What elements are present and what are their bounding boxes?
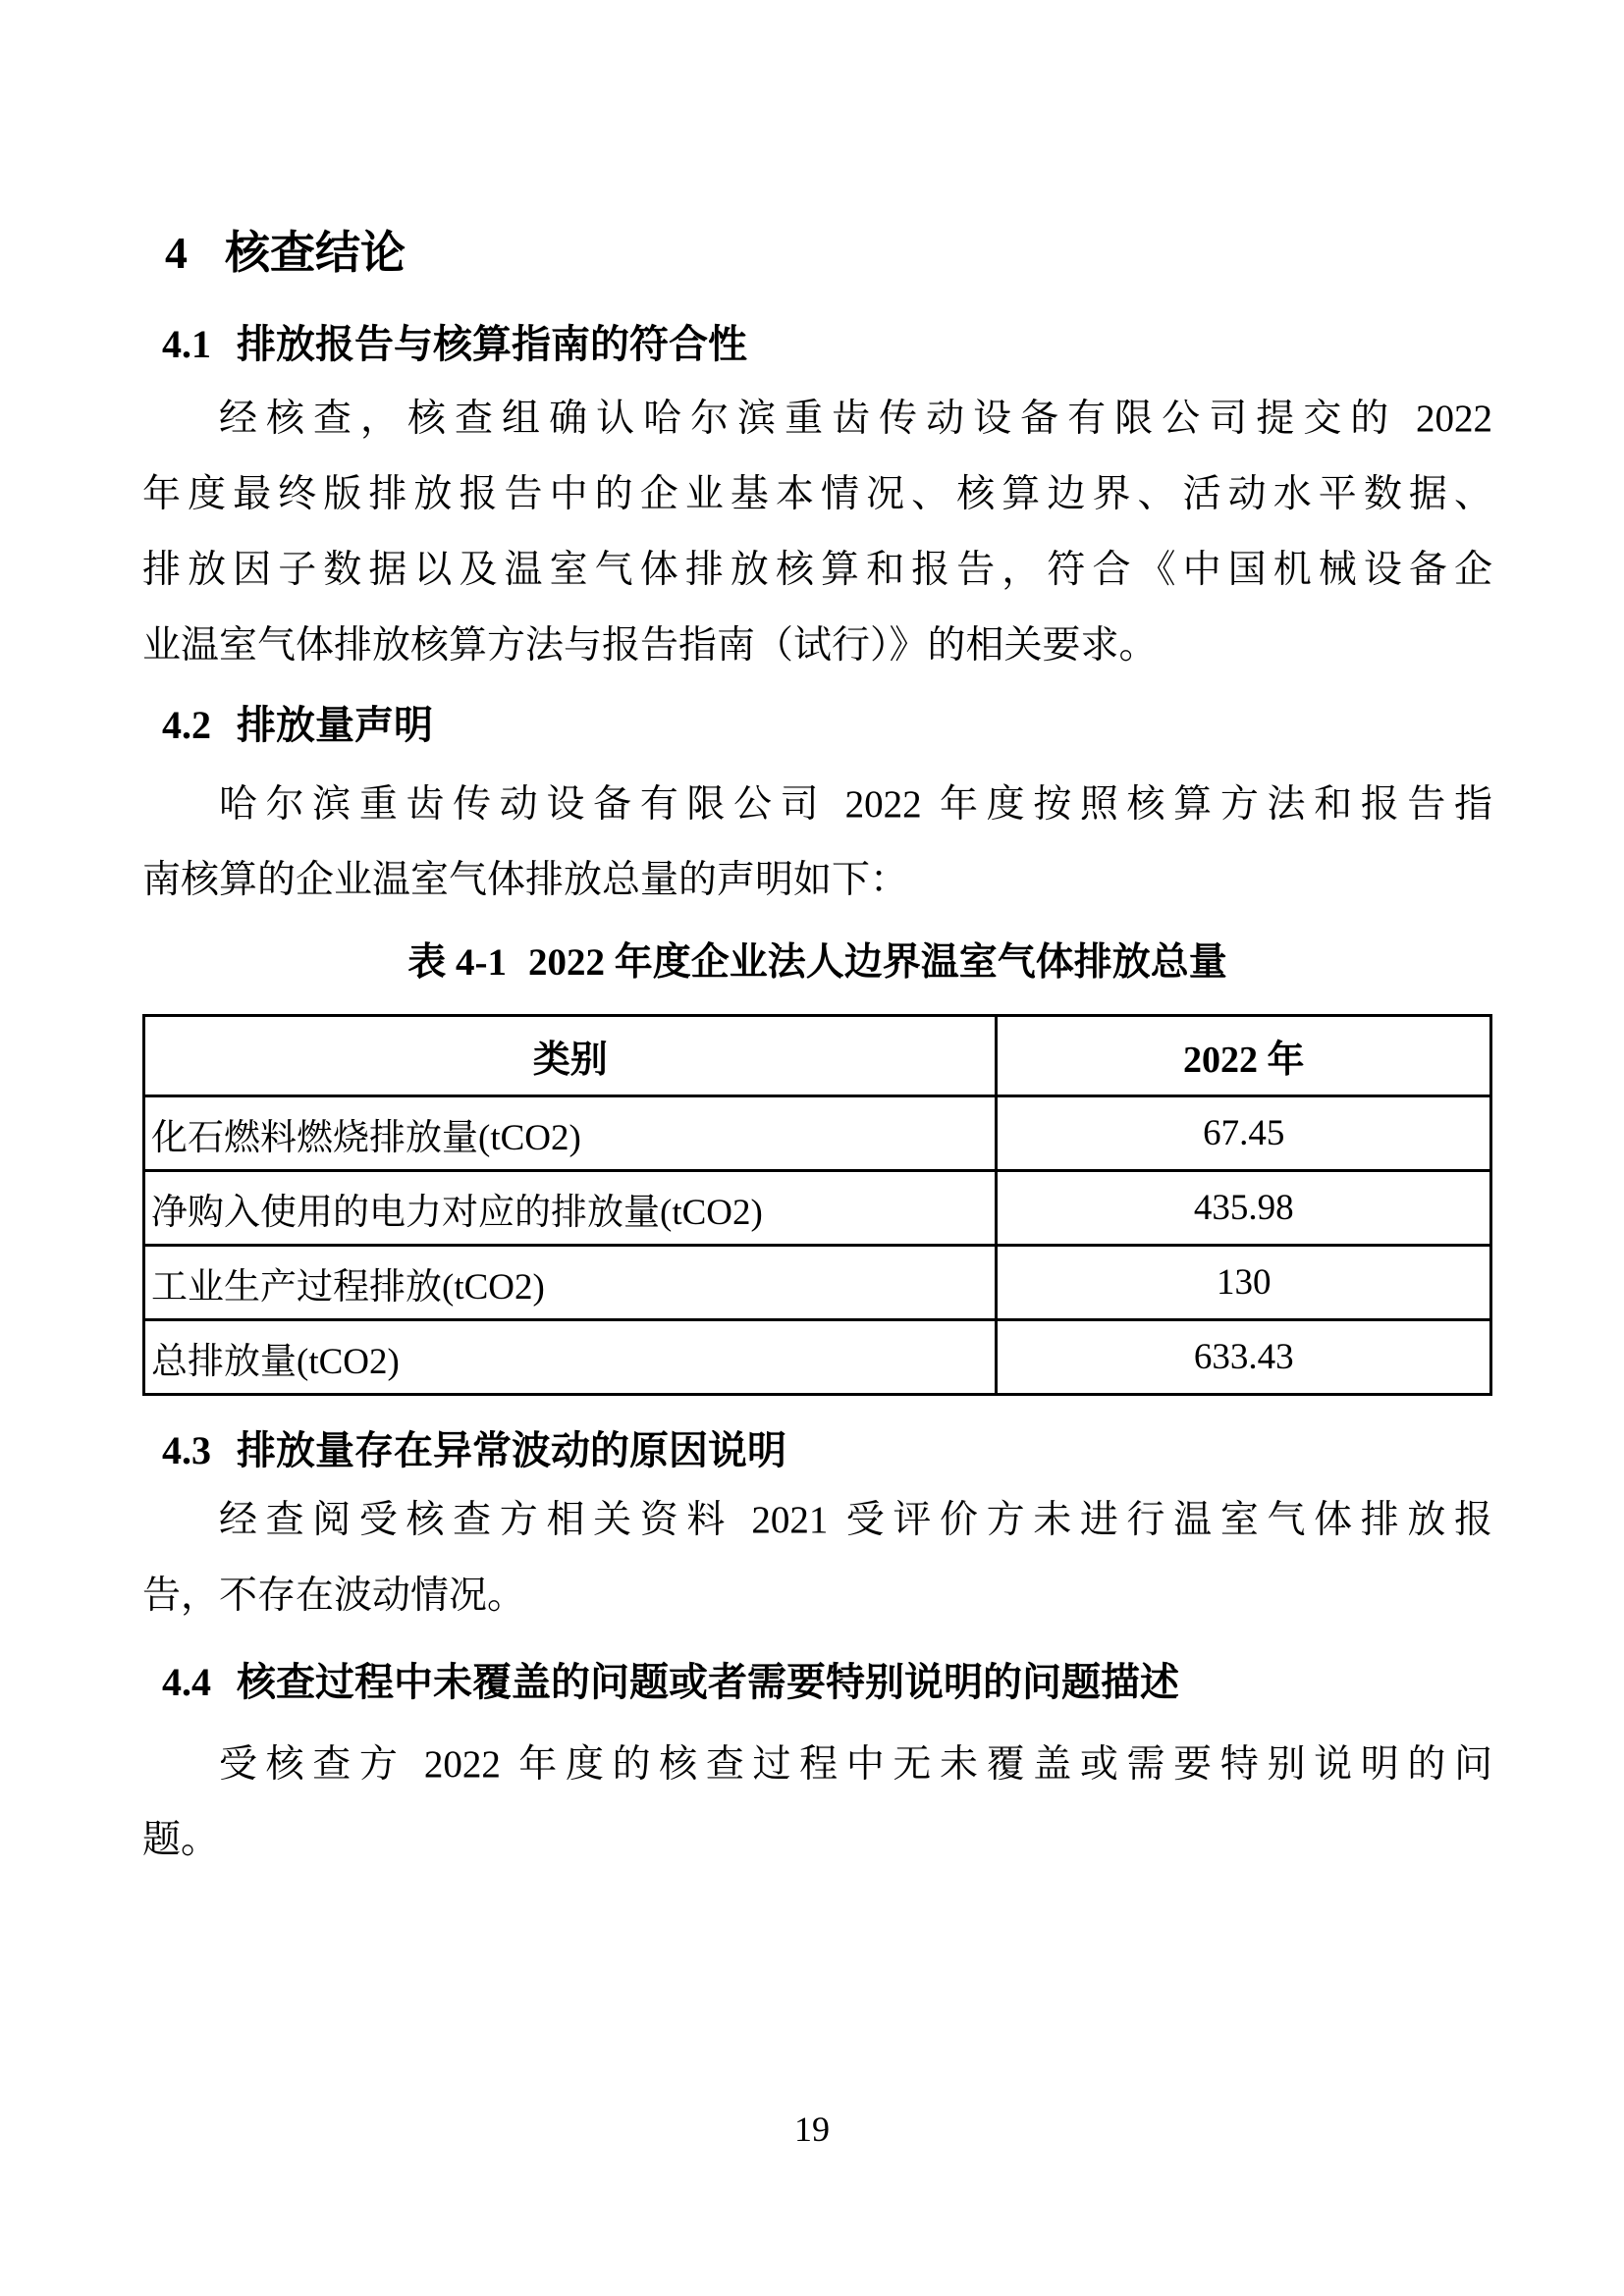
paragraph-4-1: 经核查，核查组确认哈尔滨重齿传动设备有限公司提交的 2022 年度最终版排放报告…	[142, 381, 1492, 683]
table-row: 总排放量(tCO2) 633.43	[144, 1320, 1491, 1395]
paragraph-line: 经查阅受核查方相关资料 2021 受评价方未进行温室气体排放报	[142, 1482, 1492, 1558]
table-caption: 表 4-12022 年度企业法人边界温室气体排放总量	[142, 935, 1492, 989]
section-number: 4.2	[162, 703, 211, 747]
value-cell: 435.98	[997, 1171, 1491, 1246]
paragraph-4-4: 受核查方 2022 年度的核查过程中无未覆盖或需要特别说明的问 题。	[142, 1727, 1492, 1878]
table-row: 工业生产过程排放(tCO2) 130	[144, 1246, 1491, 1320]
column-header-category: 类别	[144, 1016, 997, 1096]
section-number: 4.3	[162, 1428, 211, 1472]
table-header-row: 类别 2022 年	[144, 1016, 1491, 1096]
table-caption-title: 2022 年度企业法人边界温室气体排放总量	[528, 941, 1227, 984]
paragraph-line: 告，不存在波动情况。	[142, 1558, 1492, 1633]
paragraph-line: 年度最终版排放报告中的企业基本情况、核算边界、活动水平数据、	[142, 456, 1492, 532]
value-cell: 67.45	[997, 1096, 1491, 1171]
paragraph-line: 南核算的企业温室气体排放总量的声明如下：	[142, 842, 1492, 918]
section-number: 4.4	[162, 1660, 211, 1704]
paragraph-4-2: 哈尔滨重齿传动设备有限公司 2022 年度按照核算方法和报告指 南核算的企业温室…	[142, 767, 1492, 918]
section-title: 排放量声明	[237, 703, 433, 747]
section-title: 核查结论	[225, 228, 406, 278]
paragraph-line: 排放因子数据以及温室气体排放核算和报告，符合《中国机械设备企	[142, 532, 1492, 608]
table-caption-label: 表 4-1	[407, 941, 507, 984]
section-title: 核查过程中未覆盖的问题或者需要特别说明的问题描述	[237, 1660, 1179, 1704]
section-heading-4-1: 4.1排放报告与核算指南的符合性	[142, 317, 1492, 371]
paragraph-line: 哈尔滨重齿传动设备有限公司 2022 年度按照核算方法和报告指	[142, 767, 1492, 842]
section-number: 4.1	[162, 322, 211, 366]
document-page: 4核查结论 4.1排放报告与核算指南的符合性 经核查，核查组确认哈尔滨重齿传动设…	[0, 0, 1624, 2296]
value-cell: 633.43	[997, 1320, 1491, 1395]
paragraph-line: 题。	[142, 1802, 1492, 1878]
category-cell: 总排放量(tCO2)	[144, 1320, 997, 1395]
category-cell: 工业生产过程排放(tCO2)	[144, 1246, 997, 1320]
section-title: 排放量存在异常波动的原因说明	[237, 1428, 786, 1472]
column-header-year: 2022 年	[997, 1016, 1491, 1096]
paragraph-line: 经核查，核查组确认哈尔滨重齿传动设备有限公司提交的 2022	[142, 381, 1492, 456]
section-title: 排放报告与核算指南的符合性	[237, 322, 747, 366]
paragraph-line: 业温室气体排放核算方法与报告指南（试行）》的相关要求。	[142, 608, 1492, 683]
paragraph-line: 受核查方 2022 年度的核查过程中无未覆盖或需要特别说明的问	[142, 1727, 1492, 1802]
table-row: 化石燃料燃烧排放量(tCO2) 67.45	[144, 1096, 1491, 1171]
emissions-table: 类别 2022 年 化石燃料燃烧排放量(tCO2) 67.45 净购入使用的电力…	[142, 1014, 1492, 1396]
section-heading-4-3: 4.3排放量存在异常波动的原因说明	[142, 1423, 1492, 1477]
category-cell: 化石燃料燃烧排放量(tCO2)	[144, 1096, 997, 1171]
category-cell: 净购入使用的电力对应的排放量(tCO2)	[144, 1171, 997, 1246]
table-row: 净购入使用的电力对应的排放量(tCO2) 435.98	[144, 1171, 1491, 1246]
value-cell: 130	[997, 1246, 1491, 1320]
section-heading-4: 4核查结论	[142, 224, 1492, 283]
section-heading-4-2: 4.2排放量声明	[142, 698, 1492, 752]
section-heading-4-4: 4.4核查过程中未覆盖的问题或者需要特别说明的问题描述	[142, 1655, 1492, 1709]
section-number: 4	[165, 228, 188, 278]
paragraph-4-3: 经查阅受核查方相关资料 2021 受评价方未进行温室气体排放报 告，不存在波动情…	[142, 1482, 1492, 1633]
page-content: 4核查结论 4.1排放报告与核算指南的符合性 经核查，核查组确认哈尔滨重齿传动设…	[142, 0, 1492, 1878]
page-number: 19	[0, 2109, 1624, 2150]
